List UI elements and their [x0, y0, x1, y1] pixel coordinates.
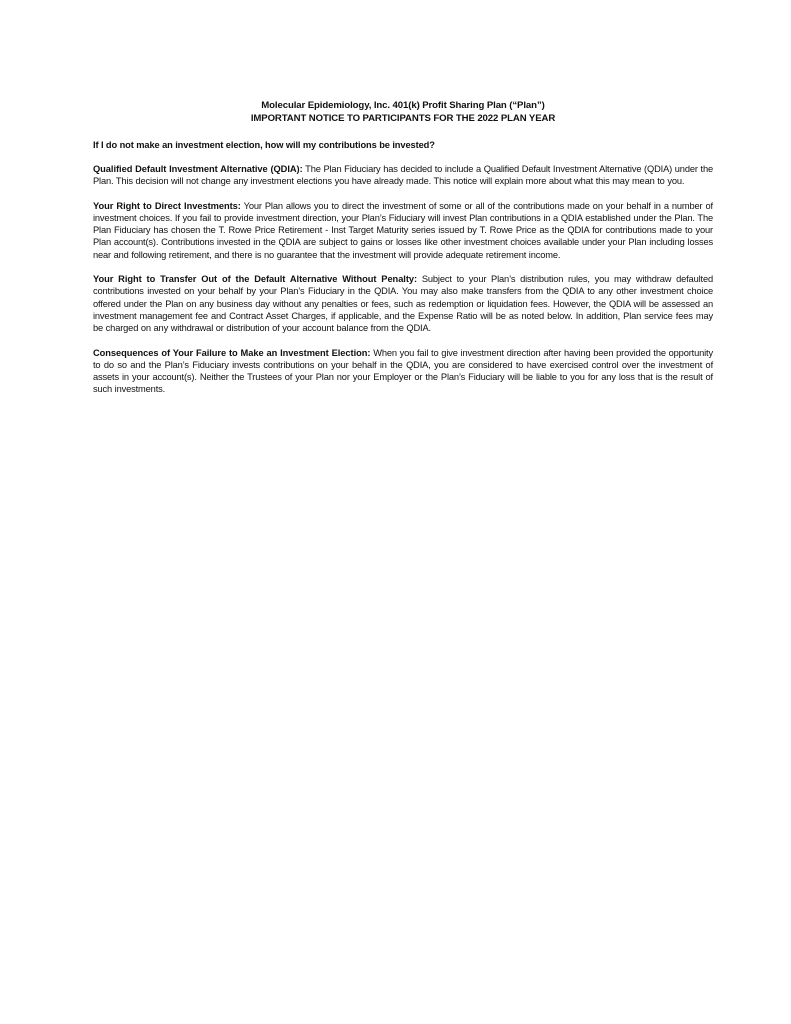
section-heading: Qualified Default Investment Alternative… [93, 164, 303, 174]
section-right-to-direct: Your Right to Direct Investments: Your P… [93, 200, 713, 261]
section-heading: Consequences of Your Failure to Make an … [93, 348, 370, 358]
title-notice: IMPORTANT NOTICE TO PARTICIPANTS FOR THE… [93, 113, 713, 126]
title-plan-name: Molecular Epidemiology, Inc. 401(k) Prof… [93, 100, 713, 113]
section-qdia: Qualified Default Investment Alternative… [93, 163, 713, 188]
section-heading: Your Right to Transfer Out of the Defaul… [93, 274, 417, 284]
question-heading: If I do not make an investment election,… [93, 139, 713, 151]
document-page: Molecular Epidemiology, Inc. 401(k) Prof… [93, 100, 713, 396]
document-title: Molecular Epidemiology, Inc. 401(k) Prof… [93, 100, 713, 125]
section-consequences: Consequences of Your Failure to Make an … [93, 347, 713, 396]
section-right-to-transfer: Your Right to Transfer Out of the Defaul… [93, 273, 713, 334]
section-heading: Your Right to Direct Investments: [93, 201, 241, 211]
